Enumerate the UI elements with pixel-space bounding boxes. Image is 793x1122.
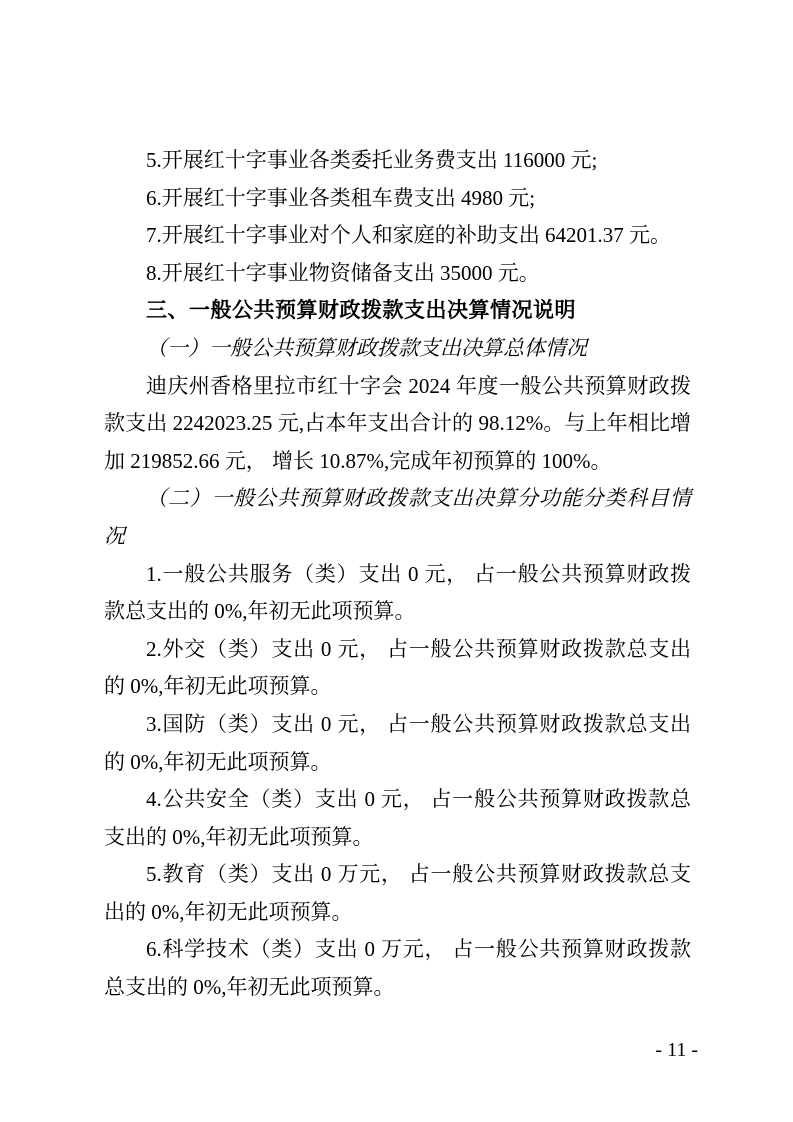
expense-list-item-5: 5.开展红十字事业各类委托业务费支出 116000 元; (104, 142, 691, 180)
section3-sub2-heading: （二）一般公共预算财政拨款支出决算分功能分类科目情况 (104, 480, 691, 555)
sub2-item-3: 3.国防（类）支出 0 元， 占一般公共预算财政拨款总支出的 0%,年初无此项预… (104, 706, 691, 781)
sub2-item-6: 6.科学技术（类）支出 0 万元， 占一般公共预算财政拨款总支出的 0%,年初无… (104, 931, 691, 1006)
document-page: 5.开展红十字事业各类委托业务费支出 116000 元; 6.开展红十字事业各类… (0, 0, 793, 1122)
sub2-item-4: 4.公共安全（类）支出 0 元， 占一般公共预算财政拨款总支出的 0%,年初无此… (104, 781, 691, 856)
expense-list-item-6: 6.开展红十字事业各类租车费支出 4980 元; (104, 180, 691, 218)
section3-sub1-heading: （一）一般公共预算财政拨款支出决算总体情况 (104, 330, 691, 368)
section3-sub1-paragraph: 迪庆州香格里拉市红十字会 2024 年度一般公共预算财政拨款支出 2242023… (104, 368, 691, 481)
sub2-item-5: 5.教育（类）支出 0 万元， 占一般公共预算财政拨款总支出的 0%,年初无此项… (104, 856, 691, 931)
sub2-item-2: 2.外交（类）支出 0 元， 占一般公共预算财政拨款总支出的 0%,年初无此项预… (104, 631, 691, 706)
expense-list-item-7: 7.开展红十字事业对个人和家庭的补助支出 64201.37 元。 (104, 217, 691, 255)
section3-heading: 三、一般公共预算财政拨款支出决算情况说明 (104, 292, 691, 330)
page-number: - 11 - (655, 1036, 698, 1064)
expense-list-item-8: 8.开展红十字事业物资储备支出 35000 元。 (104, 255, 691, 293)
document-body: 5.开展红十字事业各类委托业务费支出 116000 元; 6.开展红十字事业各类… (104, 142, 691, 1007)
sub2-item-1: 1.一般公共服务（类）支出 0 元， 占一般公共预算财政拨款总支出的 0%,年初… (104, 556, 691, 631)
